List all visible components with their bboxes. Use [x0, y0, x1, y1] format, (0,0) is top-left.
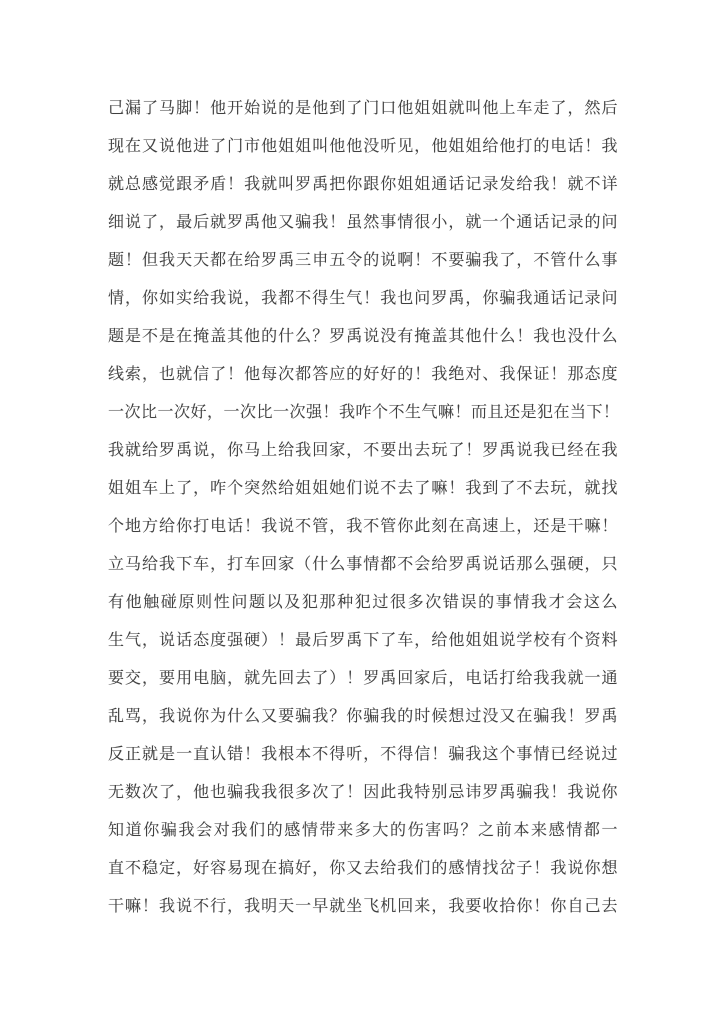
- text-line: 生气，说话态度强硬）！最后罗禹下了车，给他姐姐说学校有个资料: [108, 622, 618, 660]
- document-text-block: 己漏了马脚！他开始说的是他到了门口他姐姐就叫他上车走了，然后现在又说他进了门市他…: [108, 90, 618, 926]
- text-line: 干嘛！我说不行，我明天一早就坐飞机回来，我要收拾你！你自己去: [108, 888, 618, 926]
- text-line: 一次比一次好，一次比一次强！我咋个不生气嘛！而且还是犯在当下！: [108, 394, 618, 432]
- text-line: 知道你骗我会对我们的感情带来多大的伤害吗？之前本来感情都一: [108, 812, 618, 850]
- text-line: 个地方给你打电话！我说不管，我不管你此刻在高速上，还是干嘛！: [108, 508, 618, 546]
- document-page: 己漏了马脚！他开始说的是他到了门口他姐姐就叫他上车走了，然后现在又说他进了门市他…: [0, 0, 724, 1024]
- text-line: 反正就是一直认错！我根本不得听，不得信！骗我这个事情已经说过: [108, 736, 618, 774]
- text-line: 要交，要用电脑，就先回去了）！罗禹回家后，电话打给我我就一通: [108, 660, 618, 698]
- text-line: 线索，也就信了！他每次都答应的好好的！我绝对、我保证！那态度: [108, 356, 618, 394]
- text-line: 乱骂，我说你为什么又要骗我？你骗我的时候想过没又在骗我！罗禹: [108, 698, 618, 736]
- text-line: 无数次了，他也骗我我很多次了！因此我特别忌讳罗禹骗我！我说你: [108, 774, 618, 812]
- text-line: 就总感觉跟矛盾！我就叫罗禹把你跟你姐姐通话记录发给我！就不详: [108, 166, 618, 204]
- text-line: 题！但我天天都在给罗禹三申五令的说啊！不要骗我了，不管什么事: [108, 242, 618, 280]
- text-line: 直不稳定，好容易现在搞好，你又去给我们的感情找岔子！我说你想: [108, 850, 618, 888]
- text-line: 姐姐车上了，咋个突然给姐姐她们说不去了嘛！我到了不去玩，就找: [108, 470, 618, 508]
- text-line: 有他触碰原则性问题以及犯那种犯过很多次错误的事情我才会这么: [108, 584, 618, 622]
- text-line: 情，你如实给我说，我都不得生气！我也问罗禹，你骗我通话记录问: [108, 280, 618, 318]
- text-line: 己漏了马脚！他开始说的是他到了门口他姐姐就叫他上车走了，然后: [108, 90, 618, 128]
- text-line: 我就给罗禹说，你马上给我回家，不要出去玩了！罗禹说我已经在我: [108, 432, 618, 470]
- text-line: 立马给我下车，打车回家（什么事情都不会给罗禹说话那么强硬，只: [108, 546, 618, 584]
- text-line: 细说了，最后就罗禹他又骗我！虽然事情很小，就一个通话记录的问: [108, 204, 618, 242]
- text-line: 现在又说他进了门市他姐姐叫他他没听见，他姐姐给他打的电话！我: [108, 128, 618, 166]
- text-line: 题是不是在掩盖其他的什么？罗禹说没有掩盖其他什么！我也没什么: [108, 318, 618, 356]
